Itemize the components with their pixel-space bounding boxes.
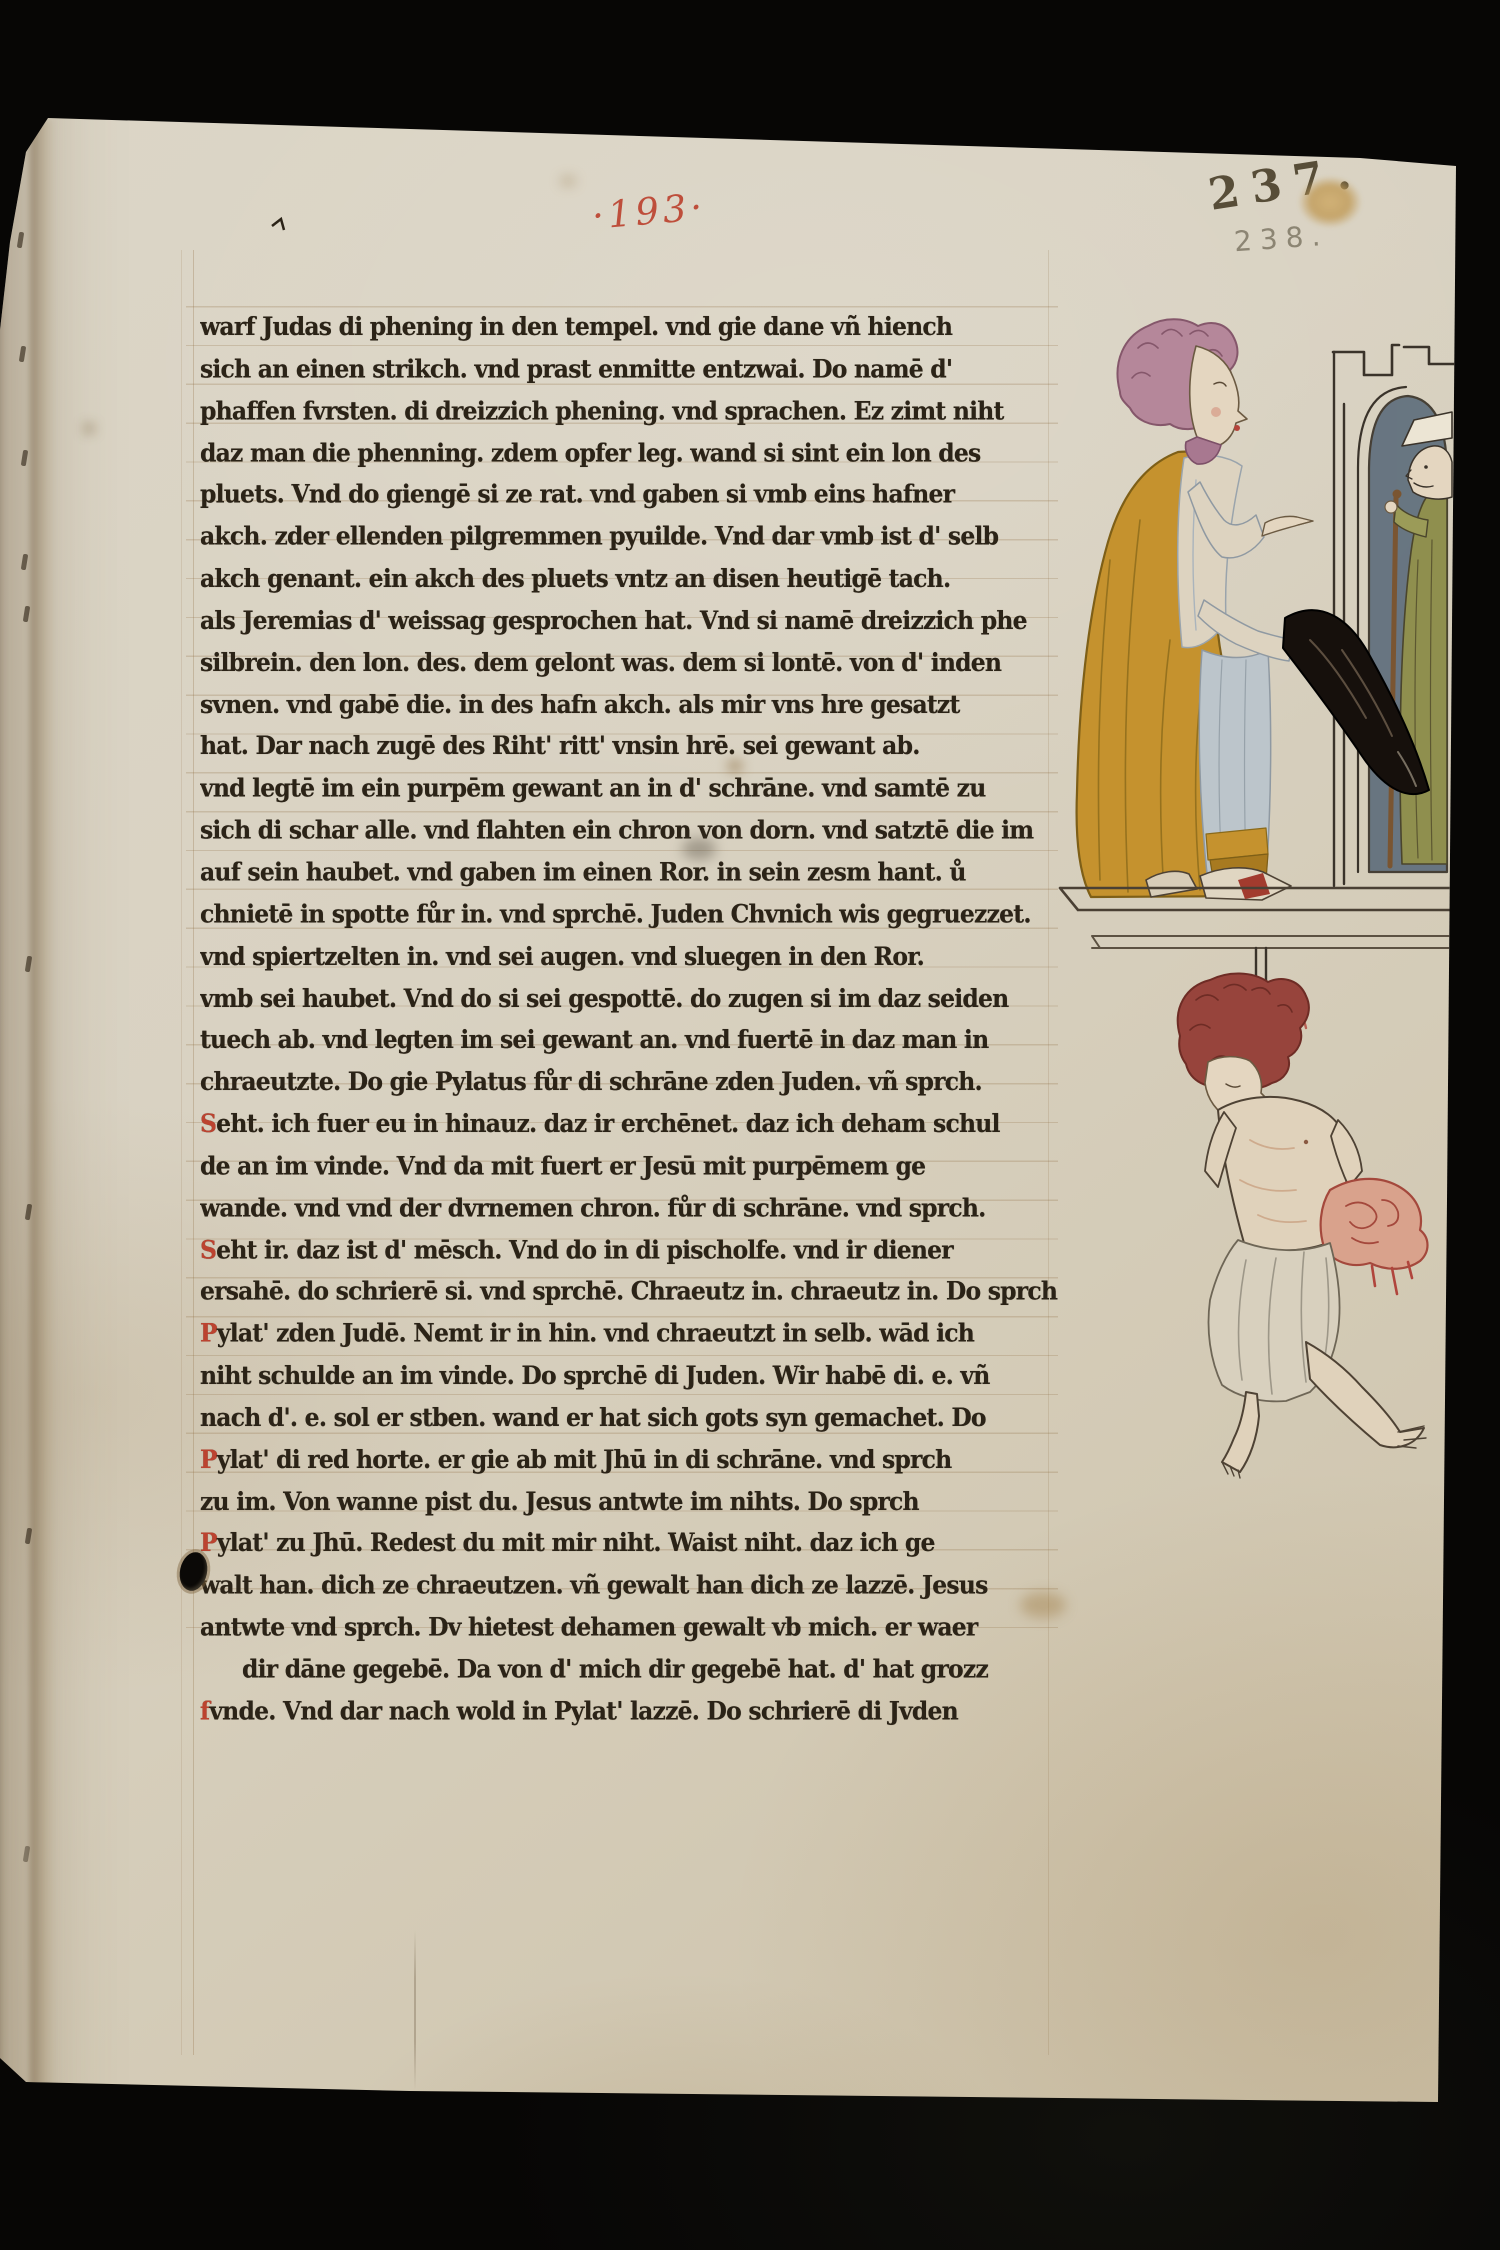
text-line: phaffen fvrsten. di dreizzich phening. v…: [200, 390, 1068, 432]
text-line: vnd spiertzelten in. vnd sei augen. vnd …: [200, 935, 1068, 977]
foliation-pencil: 238.: [1233, 219, 1329, 259]
text-line: chraeutzte. Do gie Pylatus fůr di schrān…: [200, 1061, 1068, 1103]
pen-mark: [272, 219, 284, 230]
stain: [560, 176, 576, 186]
text-line: akch genant. ein akch des pluets vntz an…: [200, 558, 1068, 600]
text-line: pluets. Vnd do giengē si ze rat. vnd gab…: [200, 474, 1068, 516]
stain: [1120, 690, 1138, 704]
text-line: Seht ir. daz ist d' mēsch. Vnd do in di …: [200, 1229, 1068, 1271]
text-line: niht schulde an im vinde. Do sprchē di J…: [200, 1355, 1068, 1397]
text-line: wande. vnd vnd der dvrnemen chron. fůr d…: [200, 1187, 1068, 1229]
priest-figure: [1385, 412, 1452, 866]
miniature-judas-returns-silver: [1060, 319, 1455, 948]
text-line: walt han. dich ze chraeutzen. vñ gewalt …: [200, 1565, 1068, 1607]
text-line: tuech ab. vnd legten im sei gewant an. v…: [200, 1019, 1068, 1061]
text-line: zu im. Von wanne pist du. Jesus antwte i…: [200, 1481, 1068, 1523]
binding-tick: [21, 554, 28, 571]
text-line: antwte vnd sprch. Dv hietest dehamen gew…: [200, 1606, 1068, 1648]
text-line: sich an einen strikch. vnd prast enmitte…: [200, 348, 1068, 390]
text-line: Pylat' di red horte. er gie ab mit Jhū i…: [200, 1439, 1068, 1481]
text-line: auf sein haubet. vnd gaben im einen Ror.…: [200, 851, 1068, 893]
text-line: dir dāne gegebē. Da von d' mich dir gege…: [200, 1648, 1068, 1690]
binding-tick: [17, 232, 24, 249]
text-line: warf Judas di phening in den tempel. vnd…: [200, 306, 1068, 348]
judas-figure: [1077, 319, 1429, 900]
text-block: warf Judas di phening in den tempel. vnd…: [200, 306, 1068, 1742]
gutter-fold: [30, 120, 56, 2090]
text-line: hat. Dar nach zugē des Riht' ritt' vnsin…: [200, 726, 1068, 768]
text-line: Seht. ich fuer eu in hinauz. daz ir erch…: [200, 1103, 1068, 1145]
text-line: vmb sei haubet. Vnd do si sei gespottē. …: [200, 977, 1068, 1019]
crease: [414, 1930, 416, 2090]
stain: [728, 760, 742, 772]
text-line: silbrein. den lon. des. dem gelont was. …: [200, 642, 1068, 684]
text-line: chnietē in spotte fůr in. vnd sprchē. Ju…: [200, 893, 1068, 935]
stain: [682, 838, 716, 860]
text-line: ersahē. do schrierē si. vnd sprchē. Chra…: [200, 1271, 1068, 1313]
text-line: vnd legtē im ein purpēm gewant an in d' …: [200, 767, 1068, 809]
text-line: nach d'. e. sol er stben. wand er hat si…: [200, 1397, 1068, 1439]
ruling-vertical-left: [193, 250, 194, 2055]
ruling-vertical-left-outer: [181, 250, 182, 2055]
text-line: daz man die phenning. zdem opfer leg. wa…: [200, 432, 1068, 474]
binding-tick: [21, 450, 28, 467]
text-line: sich di schar alle. vnd flahten ein chro…: [200, 809, 1068, 851]
binding-tick: [19, 346, 26, 363]
manuscript-page: ·193· 237. 238. warf Judas di phening in…: [0, 0, 1500, 2250]
stain: [84, 424, 94, 433]
text-line: akch. zder ellenden pilgremmen pyuilde. …: [200, 516, 1068, 558]
text-line: Pylat' zden Judē. Nemt ir in hin. vnd ch…: [200, 1313, 1068, 1355]
text-line: svnen. vnd gabē die. in des hafn akch. a…: [200, 684, 1068, 726]
text-line: als Jeremias d' weissag gesprochen hat. …: [200, 600, 1068, 642]
miniature-judas-hanged: [1178, 948, 1428, 1478]
text-line: fvnde. Vnd dar nach wold in Pylat' lazzē…: [200, 1690, 1068, 1732]
text-line: Pylat' zu Jhū. Redest du mit mir niht. W…: [200, 1523, 1068, 1565]
text-line: de an im vinde. Vnd da mit fuert er Jesū…: [200, 1145, 1068, 1187]
stain: [1020, 1592, 1066, 1618]
folio-number-red: ·193·: [590, 185, 707, 238]
